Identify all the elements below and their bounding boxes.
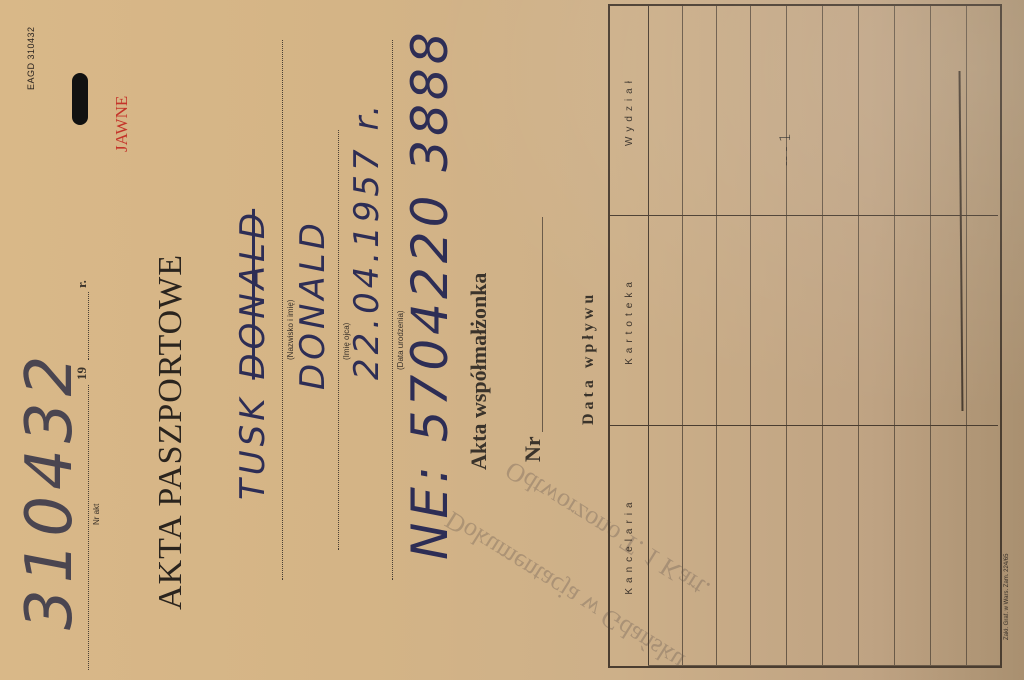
column-divider [648,425,998,426]
year-line [88,292,89,360]
year-suffix: r. [74,280,90,288]
receipt-date-label: Data wpływu [580,291,598,425]
spouse-file-nr-line [542,217,543,432]
printer-imprint: Zakł. Graf. w Wars. Zam. 224/65 [1004,554,1010,640]
birth-date-line [392,40,393,580]
table-row [716,6,717,666]
header-bottom-rule [648,6,649,666]
form-code: EAGD 310432 [26,26,36,90]
document-title: AKTA PASZPORTOWE [152,254,190,610]
table-row [682,6,683,666]
surname-line [282,40,283,580]
surname-value: TUSK DONALD [236,209,270,500]
table-header-kartoteka: Kartoteka [610,216,648,426]
spouse-file-title: Akta współmałżonka [466,273,492,470]
table-header-kancelaria: Kancelaria [610,426,648,666]
struck-first-name: DONALD [233,209,273,380]
column-divider [648,215,998,216]
file-number-line [88,385,89,670]
birth-date-value: 22.04.1957 r. [350,101,384,380]
registry-table: Kancelaria Kartoteka Wydział -- - 1 [608,4,1002,668]
table-rule [648,665,1000,666]
table-row [894,6,895,666]
ne-annotation: NE: 5704220 3888 [405,28,455,560]
spouse-file-nr-label: Nr [520,436,546,462]
header-divider [610,425,648,426]
father-name-value: DONALD [296,219,330,390]
pen-mark: -- - 1 [778,133,794,166]
file-number-handwritten: 310432 [18,350,82,630]
classification-label: JAWNE [112,96,132,152]
table-row [858,6,859,666]
table-row [822,6,823,666]
table-row [750,6,751,666]
table-row [966,6,967,666]
father-name-line [338,130,339,550]
passport-file-cover: EAGD 310432 JAWNE 310432 Nr akt 19 r. AK… [0,0,1024,680]
table-row [930,6,931,666]
file-number-label: Nr akt [92,504,101,525]
ink-blot [72,73,88,125]
header-divider [610,215,648,216]
table-row [786,6,787,666]
year-prefix: 19 [74,367,90,380]
table-header-wydzial: Wydział [610,6,648,216]
section-divider-kancelaria [959,71,964,411]
